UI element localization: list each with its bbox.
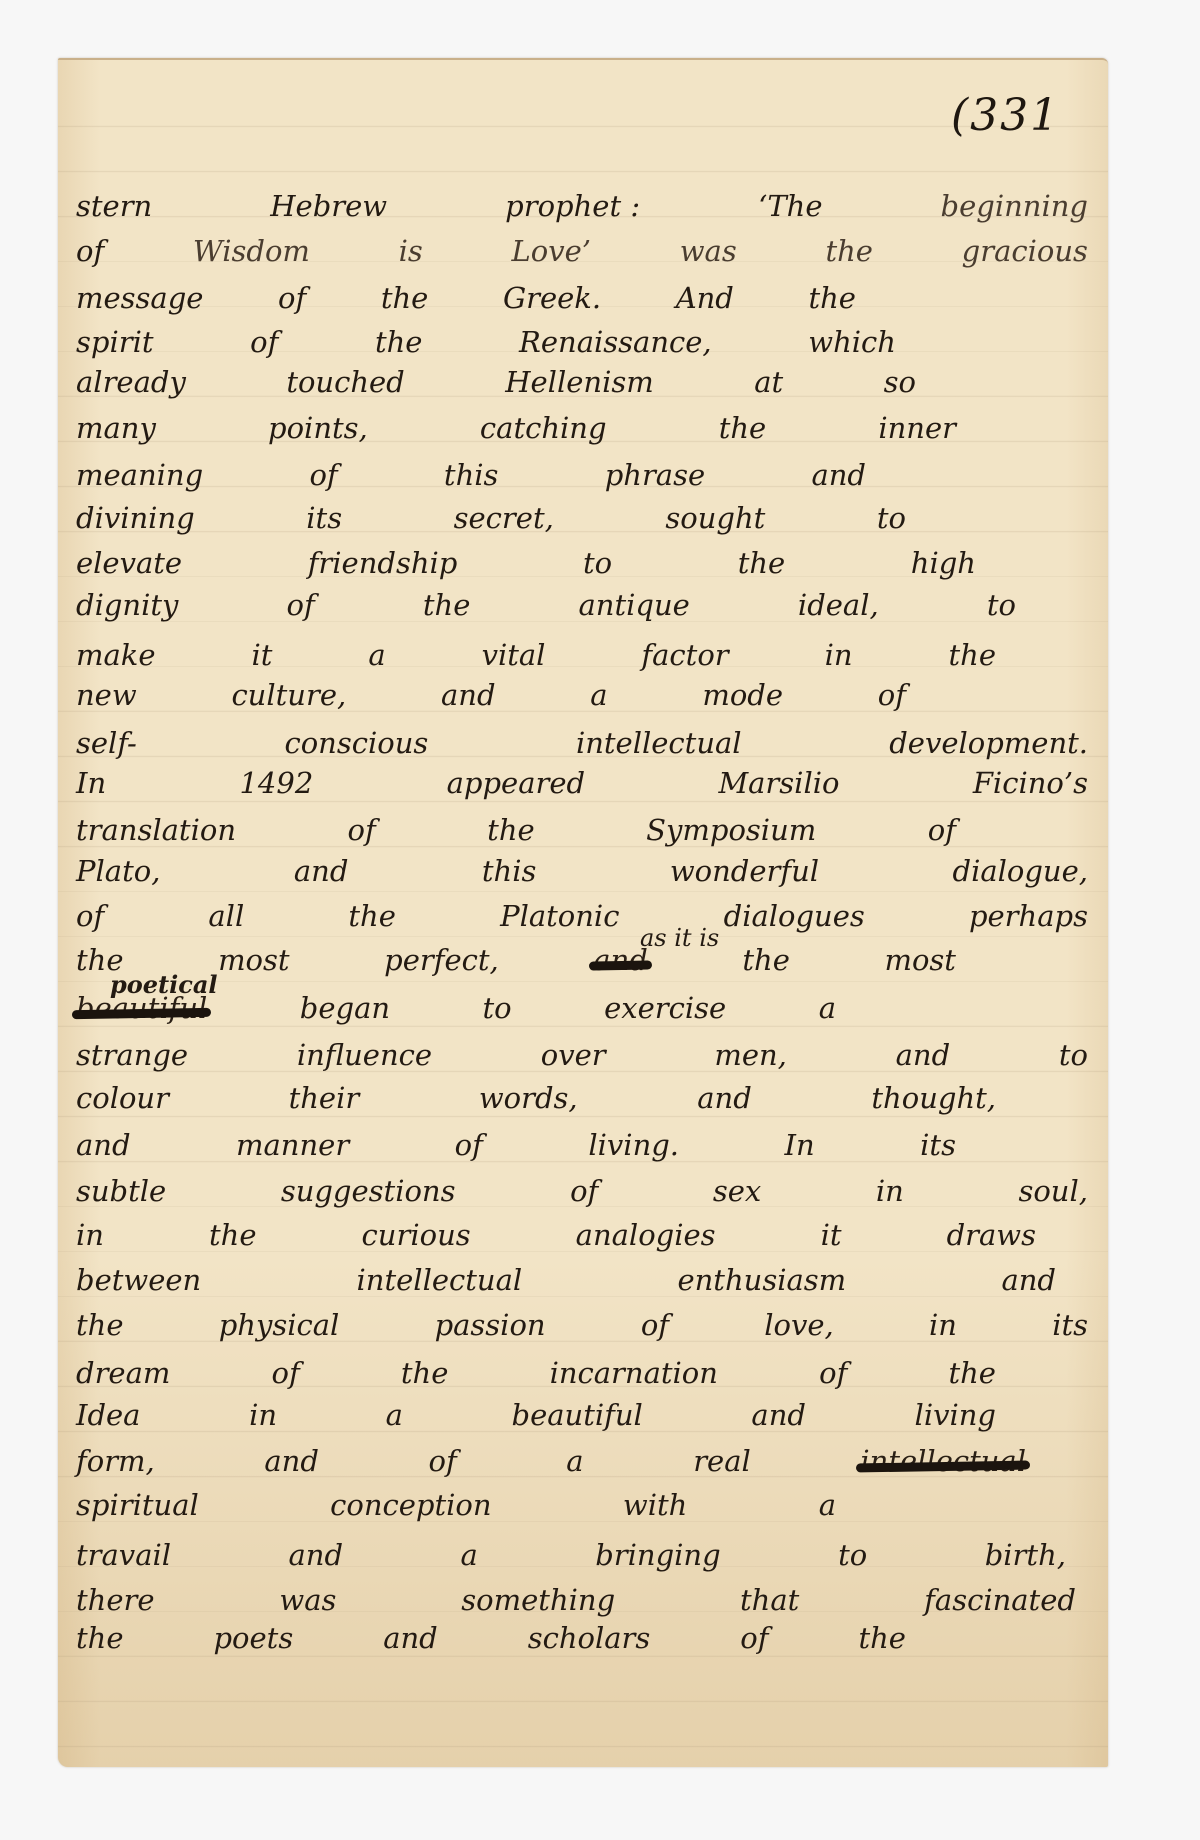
word: antique — [578, 591, 689, 620]
word: and — [697, 1084, 752, 1113]
word: ideal, — [798, 591, 879, 620]
manuscript-line: new culture, and a mode of — [76, 681, 906, 710]
word: beautiful — [512, 1401, 643, 1430]
word: analogies — [576, 1221, 716, 1250]
word: the — [825, 237, 873, 266]
word: elevate — [76, 549, 182, 578]
word: new — [76, 681, 137, 710]
manuscript-line: travail and a bringing to birth, — [76, 1541, 1066, 1570]
word: Plato, — [76, 857, 160, 886]
word: its — [1052, 1311, 1088, 1340]
word: there — [76, 1586, 155, 1615]
manuscript-line: elevate friendship to the high — [76, 549, 976, 578]
word: the — [808, 284, 856, 313]
word: sex — [713, 1177, 761, 1206]
word: soul, — [1018, 1177, 1088, 1206]
word: a — [590, 681, 607, 710]
word: dialogue, — [953, 857, 1088, 886]
word: the — [401, 1359, 449, 1388]
word: curious — [362, 1221, 471, 1250]
word: development. — [889, 729, 1088, 758]
word: phrase — [605, 461, 705, 490]
word: it — [251, 641, 272, 670]
word: of — [455, 1131, 483, 1160]
manuscript-line: self- conscious intellectual development… — [76, 729, 1088, 758]
word: form, — [76, 1447, 155, 1476]
word: already — [76, 368, 186, 397]
word: meaning — [76, 461, 203, 490]
word: strange — [76, 1041, 188, 1070]
word: gracious — [962, 237, 1088, 266]
manuscript-line: subtle suggestions of sex in soul, — [76, 1177, 1088, 1206]
manuscript-line: spirit of the Renaissance, which — [76, 328, 896, 357]
word: high — [911, 549, 976, 578]
word: began — [300, 994, 390, 1023]
struck-word: intellectual — [860, 1447, 1026, 1476]
word: its — [920, 1131, 956, 1160]
manuscript-line: stern Hebrew prophet : ‘The beginning — [76, 192, 1088, 221]
word: at — [754, 368, 783, 397]
word: stern — [76, 192, 152, 221]
word: of — [309, 461, 337, 490]
word: real — [693, 1447, 751, 1476]
word: to — [483, 994, 512, 1023]
word: perfect, — [384, 946, 499, 975]
word: a — [368, 641, 385, 670]
word: the — [375, 328, 423, 357]
word: the — [719, 414, 767, 443]
word: this — [482, 857, 537, 886]
word: translation — [76, 816, 236, 845]
word: draws — [947, 1221, 1036, 1250]
word: scholars — [528, 1624, 651, 1653]
word: of — [76, 902, 104, 931]
word: and — [811, 461, 866, 490]
word: and — [896, 1041, 951, 1070]
word: to — [1059, 1041, 1088, 1070]
word: Idea — [76, 1401, 140, 1430]
word: Hebrew — [270, 192, 387, 221]
word: words, — [479, 1084, 578, 1113]
word: in — [929, 1311, 957, 1340]
word: Marsilio — [718, 769, 839, 798]
word: make — [76, 641, 156, 670]
word: the — [381, 284, 429, 313]
word: to — [877, 504, 906, 533]
word: fascinated — [924, 1586, 1076, 1615]
word: its — [306, 504, 342, 533]
word: and — [264, 1447, 319, 1476]
manuscript-line: In 1492 appeared Marsilio Ficino’s — [76, 769, 1088, 798]
word: the — [738, 549, 786, 578]
word: Symposium — [646, 816, 816, 845]
word: spirit — [76, 328, 154, 357]
word: influence — [297, 1041, 432, 1070]
word: subtle — [76, 1177, 166, 1206]
word: with — [623, 1491, 687, 1520]
manuscript-line: form, and of a real intellectual — [76, 1447, 1026, 1476]
word: conception — [330, 1491, 491, 1520]
word: Hellenism — [505, 368, 654, 397]
manuscript-line: in the curious analogies it draws — [76, 1221, 1036, 1250]
word: of — [76, 237, 104, 266]
word: in — [76, 1221, 104, 1250]
word: living. — [588, 1131, 679, 1160]
word: friendship — [308, 549, 458, 578]
manuscript-line: already touched Hellenism at so — [76, 368, 916, 397]
word: of — [570, 1177, 598, 1206]
word: the — [487, 816, 535, 845]
word: Wisdom — [193, 237, 310, 266]
word: of — [287, 591, 315, 620]
word: of — [250, 328, 278, 357]
manuscript-line: between intellectual enthusiasm and — [76, 1266, 1056, 1295]
word: the — [423, 591, 471, 620]
manuscript-line: meaning of this phrase and — [76, 461, 866, 490]
manuscript-line: colour their words, and thought, — [76, 1084, 996, 1113]
word: manner — [236, 1131, 349, 1160]
word: something — [461, 1586, 615, 1615]
word: physical — [219, 1311, 340, 1340]
word: intellectual — [576, 729, 742, 758]
word: incarnation — [550, 1359, 718, 1388]
word: wonderful — [670, 857, 819, 886]
word: the — [948, 641, 996, 670]
word: living — [915, 1401, 996, 1430]
word: of — [272, 1359, 300, 1388]
word: Greek. — [503, 284, 601, 313]
word: to — [583, 549, 612, 578]
word: And — [676, 284, 734, 313]
word: a — [460, 1541, 477, 1570]
word: the — [948, 1359, 996, 1388]
word: to — [987, 591, 1016, 620]
word: spiritual — [76, 1491, 199, 1520]
word: the — [76, 1311, 124, 1340]
word: perhaps — [969, 902, 1088, 931]
word: and — [751, 1401, 806, 1430]
word: was — [680, 237, 737, 266]
word: 1492 — [239, 769, 313, 798]
word: love, — [764, 1311, 834, 1340]
word: colour — [76, 1084, 169, 1113]
word: passion — [435, 1311, 546, 1340]
manuscript-line: and manner of living. In its — [76, 1131, 956, 1160]
word: and — [294, 857, 349, 886]
word: a — [386, 1401, 403, 1430]
word: in — [249, 1401, 277, 1430]
word: to — [838, 1541, 867, 1570]
word: the — [348, 902, 396, 931]
word: exercise — [604, 994, 726, 1023]
manuscript-line: dignity of the antique ideal, to — [76, 591, 1016, 620]
manuscript-line: Idea in a beautiful and living — [76, 1401, 996, 1430]
manuscript-line: of Wisdom is Love’ was the gracious — [76, 237, 1088, 266]
word: which — [808, 328, 896, 357]
word: of — [278, 284, 306, 313]
word: secret, — [454, 504, 554, 533]
struck-word: and — [593, 946, 648, 975]
word: beginning — [941, 192, 1088, 221]
manuscript-line: beautiful began to exercise a — [76, 994, 836, 1023]
manuscript-line: of all the Platonic dialogues perhaps — [76, 902, 1088, 931]
word: appeared — [447, 769, 585, 798]
word: a — [566, 1447, 583, 1476]
word: ‘The — [758, 192, 822, 221]
word: over — [541, 1041, 606, 1070]
word: conscious — [284, 729, 428, 758]
word: suggestions — [281, 1177, 456, 1206]
word: Ficino’s — [973, 769, 1088, 798]
word: of — [429, 1447, 457, 1476]
word: of — [740, 1624, 768, 1653]
word: poets — [213, 1624, 293, 1653]
word: In — [76, 769, 106, 798]
word: most — [218, 946, 290, 975]
word: of — [878, 681, 906, 710]
word: between — [76, 1266, 201, 1295]
manuscript-line: strange influence over men, and to — [76, 1041, 1088, 1070]
manuscript-line: the physical passion of love, in its — [76, 1311, 1088, 1340]
manuscript-line: divining its secret, sought to — [76, 504, 906, 533]
manuscript-line: translation of the Symposium of — [76, 816, 956, 845]
word: Love’ — [512, 237, 591, 266]
manuscript-line: spiritual conception with a — [76, 1491, 836, 1520]
word: catching — [480, 414, 607, 443]
manuscript-line: many points, catching the inner — [76, 414, 956, 443]
word: sought — [665, 504, 765, 533]
word: the — [858, 1624, 906, 1653]
word: and — [288, 1541, 343, 1570]
word: In — [785, 1131, 815, 1160]
page-number: (331 — [951, 90, 1060, 141]
word: inner — [878, 414, 956, 443]
word: of — [928, 816, 956, 845]
struck-word: beautiful — [76, 994, 207, 1023]
word: divining — [76, 504, 195, 533]
word: of — [641, 1311, 669, 1340]
word: and — [441, 681, 496, 710]
word: intellectual — [357, 1266, 523, 1295]
word: all — [208, 902, 244, 931]
word: a — [819, 1491, 836, 1520]
word: men, — [714, 1041, 787, 1070]
word: was — [279, 1586, 336, 1615]
manuscript-line: dream of the incarnation of the — [76, 1359, 996, 1388]
word: of — [347, 816, 375, 845]
manuscript-line: make it a vital factor in the — [76, 641, 996, 670]
word: bringing — [595, 1541, 720, 1570]
word: many — [76, 414, 156, 443]
word: dream — [76, 1359, 170, 1388]
word: and — [1001, 1266, 1056, 1295]
word: vital — [482, 641, 546, 670]
word: the — [742, 946, 790, 975]
word: mode — [702, 681, 783, 710]
word: in — [825, 641, 853, 670]
word: the — [209, 1221, 257, 1250]
word: Platonic — [500, 902, 619, 931]
manuscript-line: there was something that fascinated — [76, 1586, 1076, 1615]
manuscript-page: (331 stern Hebrew prophet : ‘The beginni… — [58, 58, 1108, 1767]
word: prophet : — [505, 192, 640, 221]
manuscript-line: message of the Greek. And the — [76, 284, 856, 313]
word: thought, — [871, 1084, 996, 1113]
word: culture, — [231, 681, 346, 710]
word: of — [819, 1359, 847, 1388]
word: Renaissance, — [519, 328, 712, 357]
word: that — [740, 1586, 799, 1615]
manuscript-line: the poets and scholars of the — [76, 1624, 906, 1653]
word: enthusiasm — [677, 1266, 846, 1295]
word: travail — [76, 1541, 171, 1570]
word: a — [819, 994, 836, 1023]
word: and — [76, 1131, 131, 1160]
word: the — [76, 1624, 124, 1653]
word: and — [383, 1624, 438, 1653]
word: birth, — [985, 1541, 1066, 1570]
word: in — [876, 1177, 904, 1206]
word: message — [76, 284, 203, 313]
manuscript-line: Plato, and this wonderful dialogue, — [76, 857, 1088, 886]
word: so — [884, 368, 916, 397]
word: this — [444, 461, 499, 490]
word: it — [821, 1221, 842, 1250]
word: dignity — [76, 591, 178, 620]
word: is — [399, 237, 423, 266]
word: their — [289, 1084, 360, 1113]
word: factor — [641, 641, 728, 670]
word: dialogues — [724, 902, 865, 931]
word: self- — [76, 729, 137, 758]
word: touched — [286, 368, 404, 397]
word: points, — [268, 414, 368, 443]
word: most — [884, 946, 956, 975]
